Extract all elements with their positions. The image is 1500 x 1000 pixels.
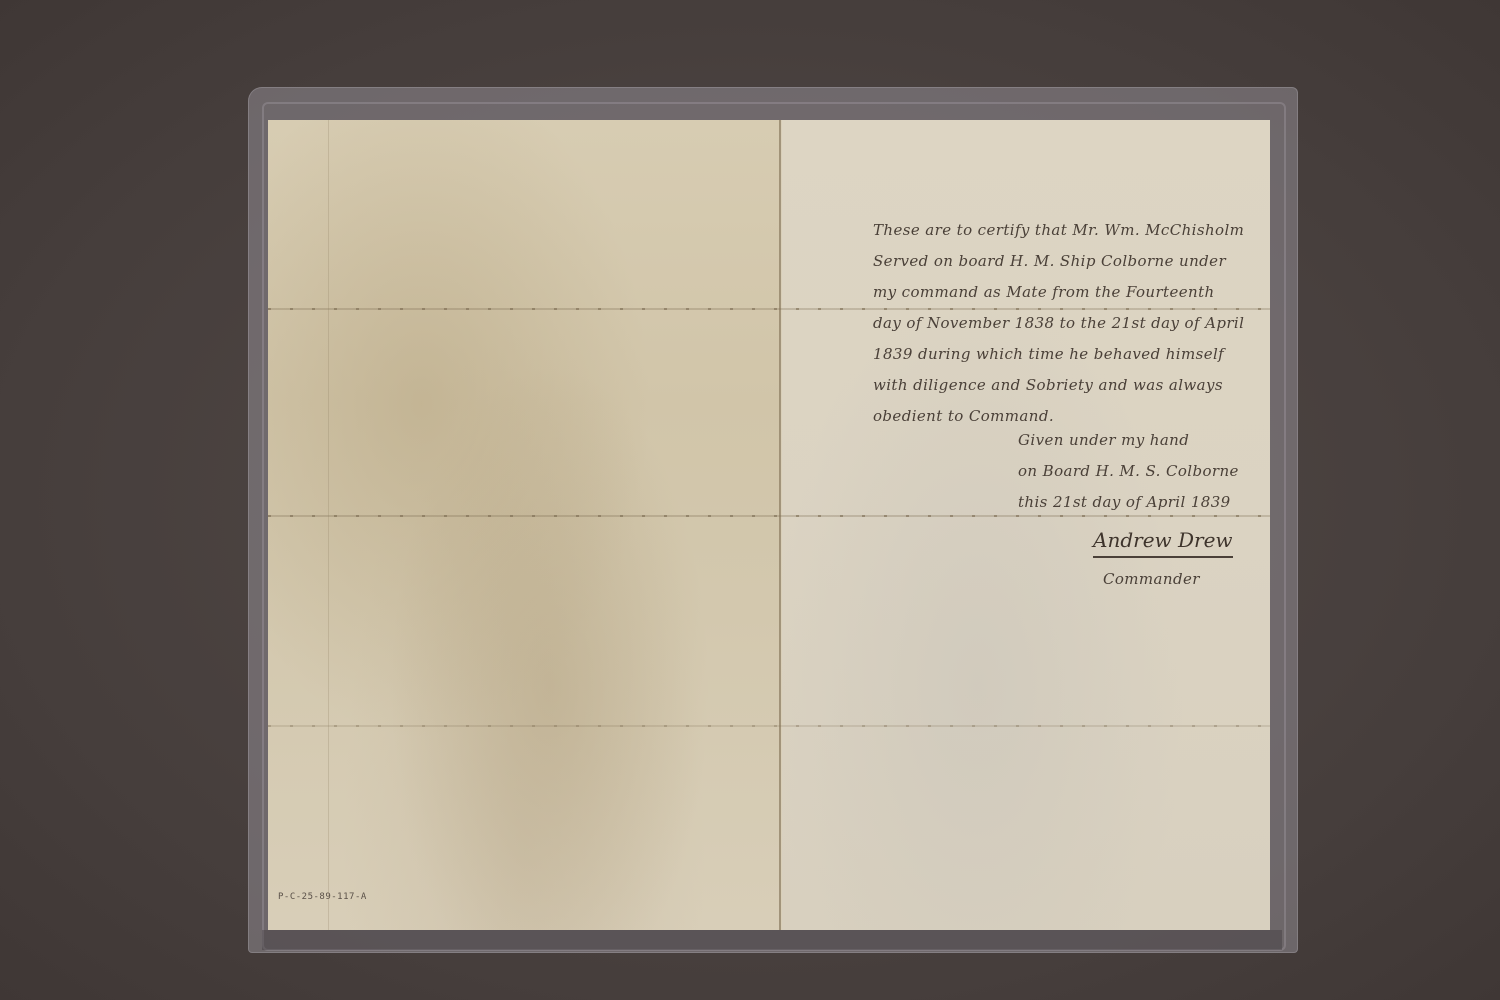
fold-line bbox=[268, 725, 1270, 727]
center-fold bbox=[779, 120, 781, 930]
body-line: These are to certify that Mr. Wm. McChis… bbox=[873, 215, 1244, 246]
body-line: day of November 1838 to the 21st day of … bbox=[873, 308, 1244, 339]
closing-line: Given under my hand bbox=[1018, 425, 1239, 456]
left-page: P-C-25-89-117-A bbox=[268, 120, 780, 930]
body-line: Served on board H. M. Ship Colborne unde… bbox=[873, 246, 1244, 277]
certificate-body: These are to certify that Mr. Wm. McChis… bbox=[873, 215, 1244, 432]
body-line: with diligence and Sobriety and was alwa… bbox=[873, 370, 1244, 401]
body-line: 1839 during which time he behaved himsel… bbox=[873, 339, 1244, 370]
fold-line-vertical bbox=[328, 120, 329, 930]
body-line: my command as Mate from the Fourteenth bbox=[873, 277, 1244, 308]
signature: Andrew Drew bbox=[1093, 528, 1233, 558]
document-sheet: P-C-25-89-117-A These are to certify tha… bbox=[268, 120, 1270, 930]
closing-line: this 21st day of April 1839 bbox=[1018, 487, 1239, 518]
sleeve-bottom-edge bbox=[262, 930, 1282, 950]
closing-line: on Board H. M. S. Colborne bbox=[1018, 456, 1239, 487]
closing-block: Given under my hand on Board H. M. S. Co… bbox=[1018, 425, 1239, 518]
signatory-rank: Commander bbox=[1103, 570, 1200, 588]
catalogue-number: P-C-25-89-117-A bbox=[278, 892, 367, 902]
